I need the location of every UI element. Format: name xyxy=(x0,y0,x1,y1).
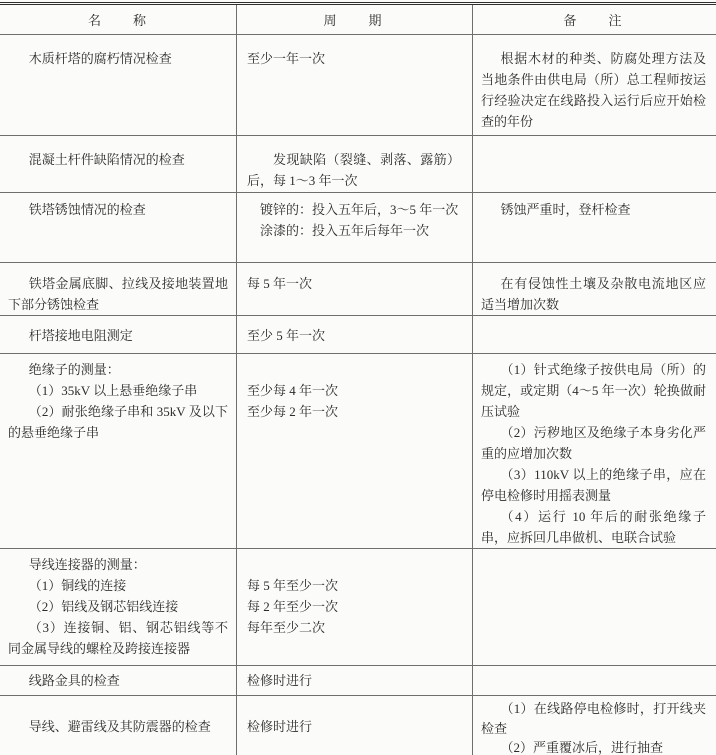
name-text: （2）铝线及钢芯铝线连接 xyxy=(8,596,228,617)
name-text: 铁塔金属底脚、拉线及接地装置地下部分锈蚀检查 xyxy=(8,273,228,315)
period-text: 发现缺陷（裂缝、剥落、露筋）后，每 1～3 年一次 xyxy=(247,149,460,191)
remark-cell xyxy=(473,666,716,695)
period-text: 至少每 4 年一次 xyxy=(247,380,460,401)
period-text: 每 2 年至少一次 xyxy=(247,596,460,617)
name-cell: 铁塔金属底脚、拉线及接地装置地下部分锈蚀检查 xyxy=(0,263,237,315)
remark-text: （1）在线路停电检修时，打开线夹检查 xyxy=(481,699,706,738)
remark-text: （2）严重覆冰后，进行抽查 xyxy=(481,738,706,755)
period-cell: 每 5 年一次 xyxy=(237,263,473,315)
name-cell: 铁塔锈蚀情况的检查 xyxy=(0,193,237,262)
period-cell: 至少一年一次 xyxy=(237,35,473,135)
table-row-ground-resistance: 杆塔接地电阻测定 至少 5 年一次 xyxy=(0,316,716,354)
table-row-conductor-lightning-wire: 导线、避雷线及其防震器的检查 检修时进行 （1）在线路停电检修时，打开线夹检查 … xyxy=(0,696,716,755)
period-text: 涂漆的：投入五年后每年一次 xyxy=(247,220,460,241)
period-cell: 至少每 4 年一次 至少每 2 年一次 xyxy=(237,354,473,548)
period-cell: 检修时进行 xyxy=(237,696,473,755)
period-text: 镀锌的：投入五年后，3～5 年一次 xyxy=(247,199,460,220)
period-text: 每 5 年一次 xyxy=(247,273,460,294)
name-cell: 木质杆塔的腐朽情况检查 xyxy=(0,35,237,135)
name-text: （3）连接铜、铝、钢芯铝线等不同金属导线的螺栓及跨接连接器 xyxy=(8,617,228,659)
name-cell: 导线、避雷线及其防震器的检查 xyxy=(0,696,237,755)
name-text: 线路金具的检查 xyxy=(8,670,228,691)
period-text: 至少 5 年一次 xyxy=(247,325,460,346)
period-text: 检修时进行 xyxy=(247,716,460,737)
remark-cell: （1）在线路停电检修时，打开线夹检查 （2）严重覆冰后，进行抽查 xyxy=(473,696,716,755)
remark-text: （1）针式绝缘子按供电局（所）的规定，或定期（4～5 年一次）轮换做耐压试验 xyxy=(481,359,706,422)
table-row-insulator-measurement: 绝缘子的测量： （1）35kV 以上悬垂绝缘子串 （2）耐张绝缘子串和 35kV… xyxy=(0,354,716,549)
period-text: 每年至少二次 xyxy=(247,617,460,638)
remark-text: （2）污秽地区及绝缘子本身劣化严重的应增加次数 xyxy=(481,422,706,464)
remark-cell xyxy=(473,549,716,665)
remark-text: （4）运行 10 年后的耐张绝缘子串，应拆回几串做机、电联合试验 xyxy=(481,506,706,548)
period-text: 至少每 2 年一次 xyxy=(247,401,460,422)
name-text: 绝缘子的测量： xyxy=(8,359,228,380)
inspection-schedule-table: 名 称 周 期 备 注 木质杆塔的腐朽情况检查 至少一年一次 根据木材的种类、防… xyxy=(0,2,716,755)
period-cell: 每 5 年至少一次 每 2 年至少一次 每年至少二次 xyxy=(237,549,473,665)
remark-cell: （1）针式绝缘子按供电局（所）的规定，或定期（4～5 年一次）轮换做耐压试验 （… xyxy=(473,354,716,548)
table-row-concrete-defect: 混凝土杆件缺陷情况的检查 发现缺陷（裂缝、剥落、露筋）后，每 1～3 年一次 xyxy=(0,136,716,193)
table-row-connector-measurement: 导线连接器的测量： （1）铜线的连接 （2）铝线及钢芯铝线连接 （3）连接铜、铝… xyxy=(0,549,716,666)
name-text: 混凝土杆件缺陷情况的检查 xyxy=(8,149,228,170)
remark-text: 根据木材的种类、防腐处理方法及当地条件由供电局（所）总工程师按运行经验决定在线路… xyxy=(481,48,706,132)
name-cell: 导线连接器的测量： （1）铜线的连接 （2）铝线及钢芯铝线连接 （3）连接铜、铝… xyxy=(0,549,237,665)
name-text: 木质杆塔的腐朽情况检查 xyxy=(8,48,228,69)
remark-cell: 在有侵蚀性土壤及杂散电流地区应适当增加次数 xyxy=(473,263,716,315)
table-header-row: 名 称 周 期 备 注 xyxy=(0,5,716,35)
remark-cell: 根据木材的种类、防腐处理方法及当地条件由供电局（所）总工程师按运行经验决定在线路… xyxy=(473,35,716,135)
period-cell: 镀锌的：投入五年后，3～5 年一次 涂漆的：投入五年后每年一次 xyxy=(237,193,473,262)
remark-text: 在有侵蚀性土壤及杂散电流地区应适当增加次数 xyxy=(481,273,706,315)
remark-cell: 锈蚀严重时，登杆检查 xyxy=(473,193,716,262)
table-row-line-fittings: 线路金具的检查 检修时进行 xyxy=(0,666,716,696)
name-cell: 混凝土杆件缺陷情况的检查 xyxy=(0,136,237,192)
remark-cell xyxy=(473,316,716,353)
header-period: 周 期 xyxy=(237,5,473,34)
name-text: （2）耐张绝缘子串和 35kV 及以下的悬垂绝缘子串 xyxy=(8,401,228,443)
name-text: （1）铜线的连接 xyxy=(8,575,228,596)
name-text: 铁塔锈蚀情况的检查 xyxy=(8,199,228,220)
period-text: 检修时进行 xyxy=(247,670,460,691)
table-row-tower-rust: 铁塔锈蚀情况的检查 镀锌的：投入五年后，3～5 年一次 涂漆的：投入五年后每年一… xyxy=(0,193,716,263)
name-cell: 线路金具的检查 xyxy=(0,666,237,695)
table-row-wood-pole-decay: 木质杆塔的腐朽情况检查 至少一年一次 根据木材的种类、防腐处理方法及当地条件由供… xyxy=(0,35,716,136)
name-text: 导线、避雷线及其防震器的检查 xyxy=(8,716,228,737)
name-cell: 杆塔接地电阻测定 xyxy=(0,316,237,353)
name-text: 杆塔接地电阻测定 xyxy=(8,325,228,346)
header-remark: 备 注 xyxy=(473,5,716,34)
period-cell: 至少 5 年一次 xyxy=(237,316,473,353)
period-text: 至少一年一次 xyxy=(247,48,460,69)
table-row-tower-footing-rust: 铁塔金属底脚、拉线及接地装置地下部分锈蚀检查 每 5 年一次 在有侵蚀性土壤及杂… xyxy=(0,263,716,316)
period-cell: 检修时进行 xyxy=(237,666,473,695)
name-text: 导线连接器的测量： xyxy=(8,554,228,575)
period-text: 每 5 年至少一次 xyxy=(247,575,460,596)
name-cell: 绝缘子的测量： （1）35kV 以上悬垂绝缘子串 （2）耐张绝缘子串和 35kV… xyxy=(0,354,237,548)
period-cell: 发现缺陷（裂缝、剥落、露筋）后，每 1～3 年一次 xyxy=(237,136,473,192)
remark-cell xyxy=(473,136,716,192)
remark-text: （3）110kV 以上的绝缘子串，应在停电检修时用摇表测量 xyxy=(481,464,706,506)
header-name: 名 称 xyxy=(0,5,237,34)
name-text: （1）35kV 以上悬垂绝缘子串 xyxy=(8,380,228,401)
remark-text: 锈蚀严重时，登杆检查 xyxy=(481,199,706,220)
